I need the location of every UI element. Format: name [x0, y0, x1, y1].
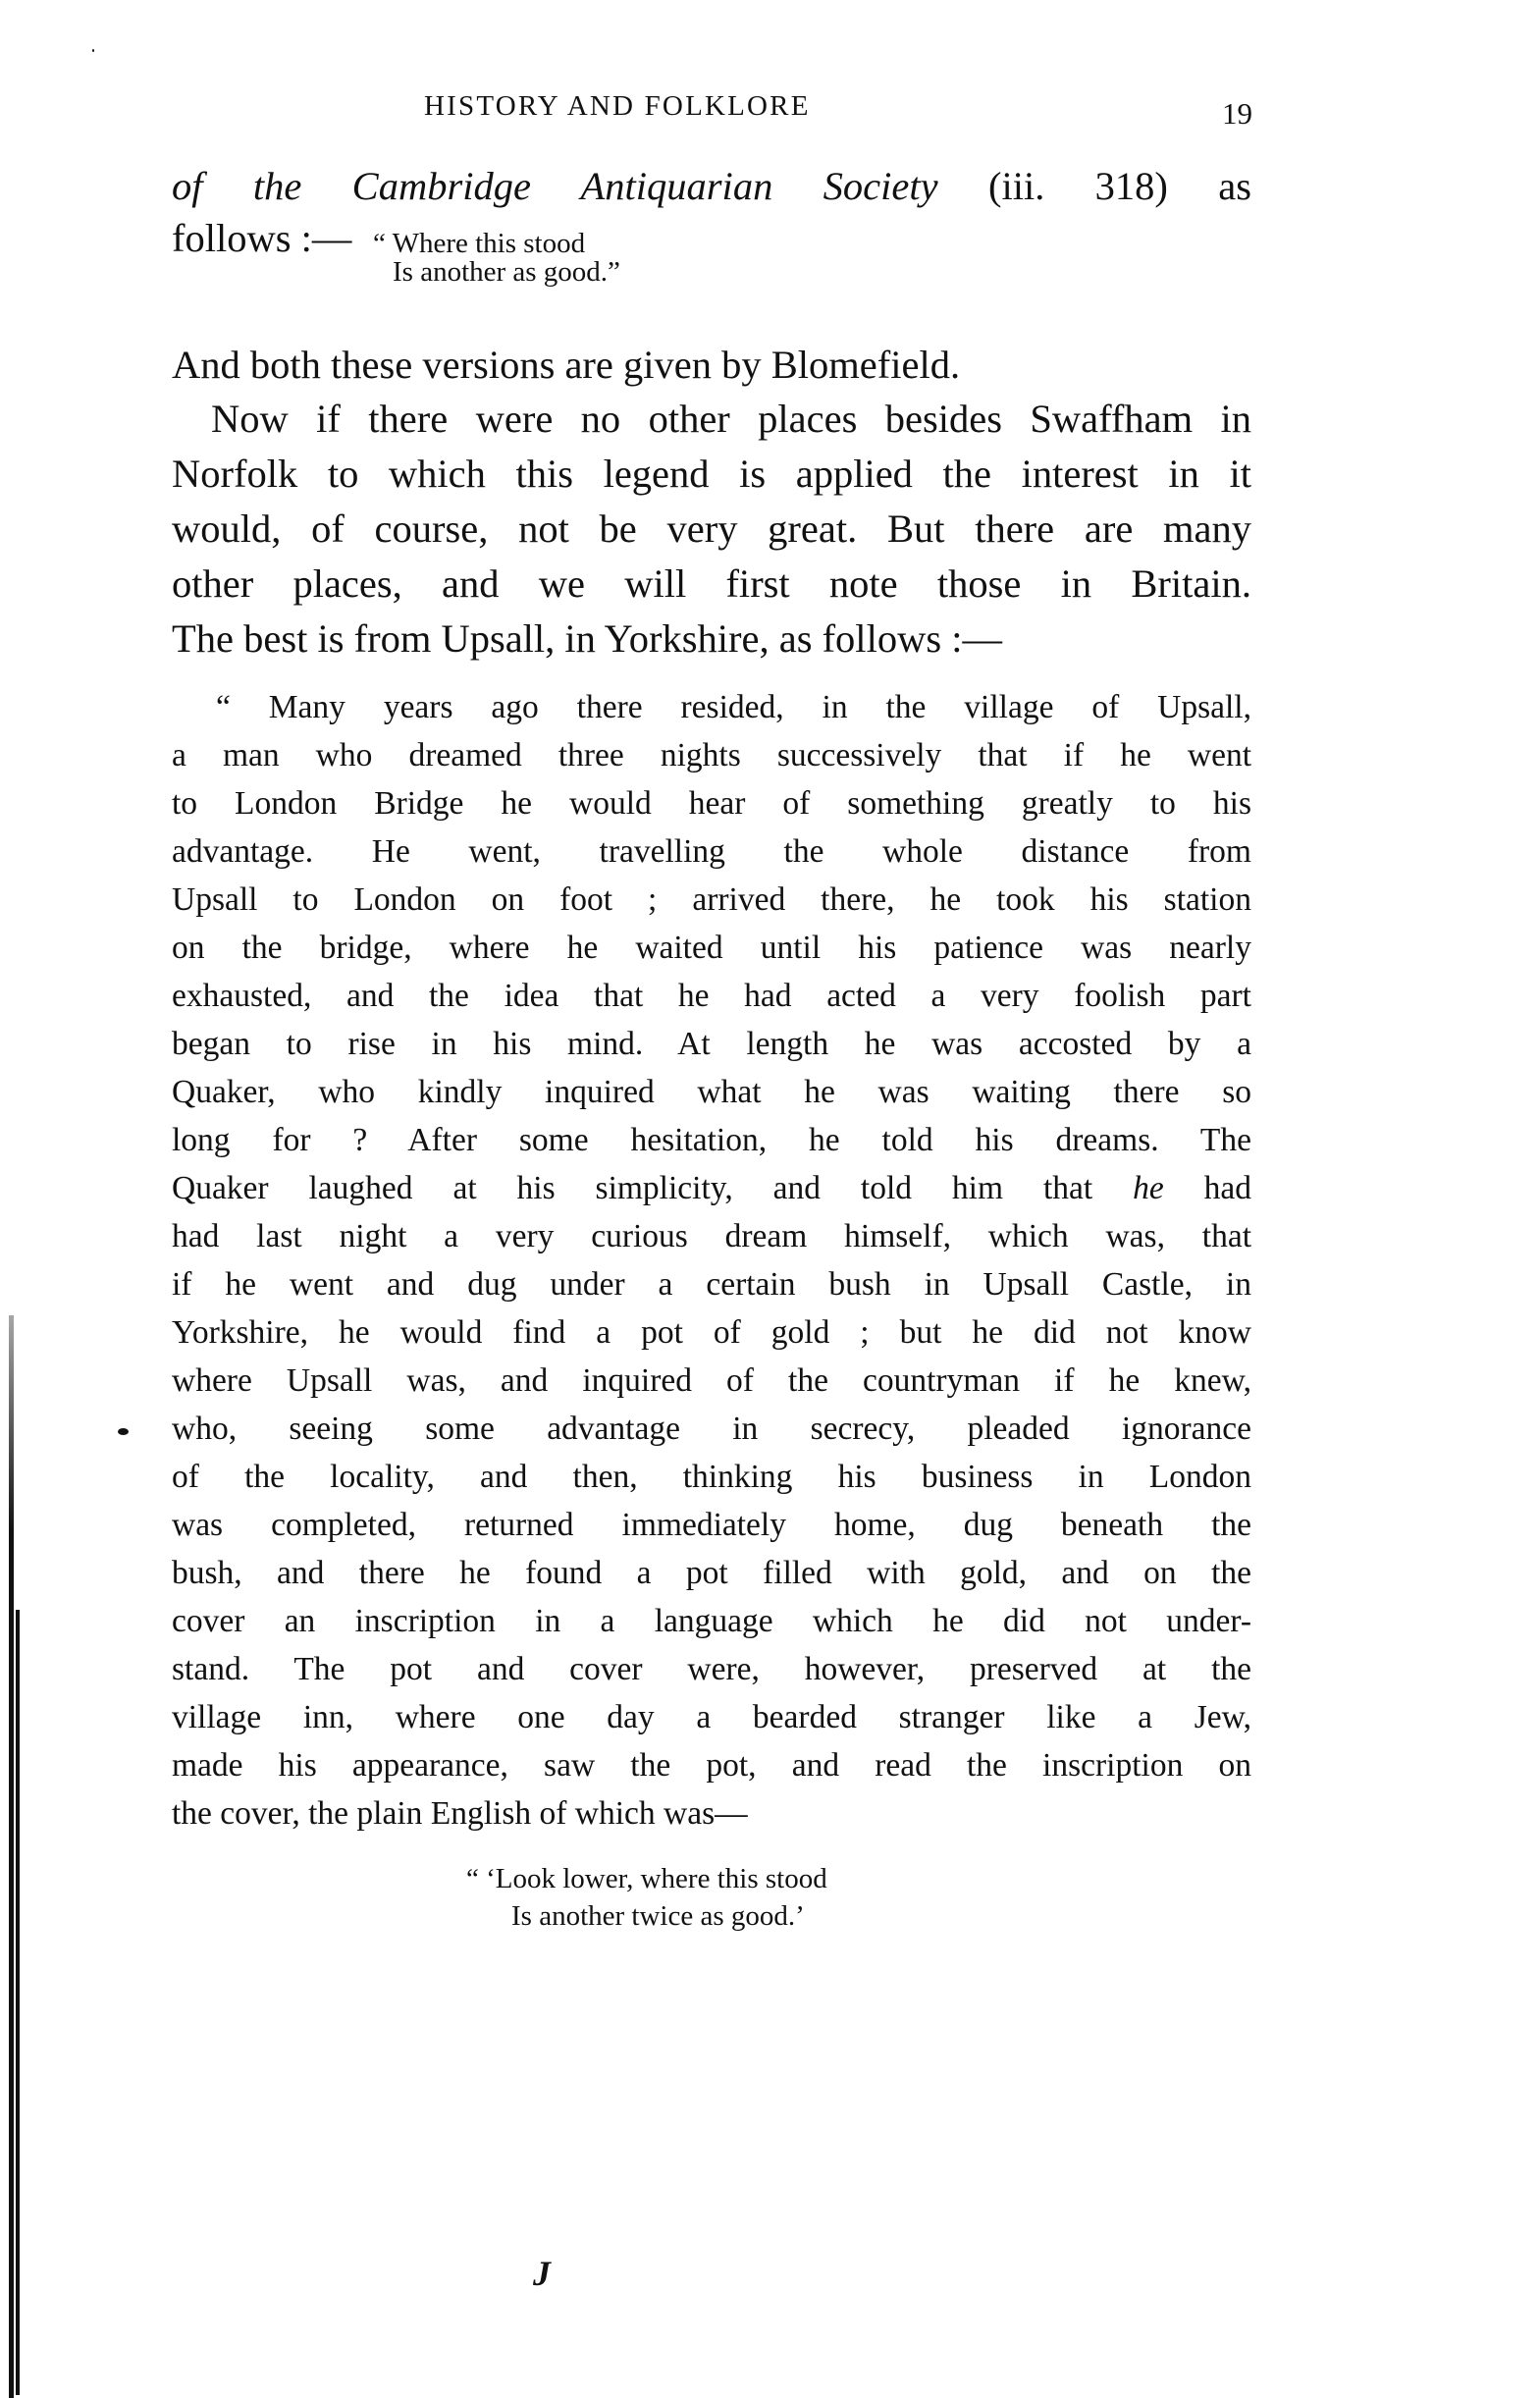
opening-line: of the Cambridge Antiquarian Society (ii…	[172, 167, 1251, 207]
quotation-line: on the bridge, where he waited until his…	[172, 932, 1251, 965]
ink-speck	[118, 1428, 129, 1435]
quotation-line: advantage. He went, travelling the whole…	[172, 835, 1251, 869]
paragraph-line: The best is from Upsall, in Yorkshire, a…	[172, 619, 1251, 660]
quotation-line-tail: had	[1164, 1170, 1251, 1206]
paragraph-line: other places, and we will first note tho…	[172, 564, 1251, 605]
emphasis-he: he	[1133, 1170, 1164, 1206]
quotation-line: who, seeing some advantage in secrecy, p…	[172, 1412, 1251, 1446]
paragraph-line: Now if there were no other places beside…	[211, 400, 1251, 440]
quotation-line: “ Many years ago there resided, in the v…	[216, 691, 1251, 724]
verse-line-1: “ Where this stood	[373, 230, 585, 258]
paragraph-line: would, of course, not be very great. But…	[172, 509, 1251, 550]
signature-mark: J	[533, 2256, 551, 2291]
quotation-line: Quaker laughed at his simplicity, and to…	[172, 1172, 1251, 1205]
running-title: HISTORY AND FOLKLORE	[424, 92, 811, 121]
quotation-line: cover an inscription in a language which…	[172, 1605, 1251, 1638]
scan-edge-shadow-inner	[16, 1610, 20, 2395]
inscription-line-1: “ ‘Look lower, where this stood	[466, 1865, 827, 1893]
quotation-line: began to rise in his mind. At length he …	[172, 1028, 1251, 1061]
book-page: HISTORY AND FOLKLORE 19 of the Cambridge…	[0, 0, 1540, 2398]
paragraph-blomefield: And both these versions are given by Blo…	[172, 346, 1251, 386]
quotation-line: Yorkshire, he would find a pot of gold ;…	[172, 1316, 1251, 1350]
quotation-line: to London Bridge he would hear of someth…	[172, 787, 1251, 821]
quotation-line: was completed, returned immediately home…	[172, 1509, 1251, 1542]
quotation-line: made his appearance, saw the pot, and re…	[172, 1749, 1251, 1783]
quotation-line: Upsall to London on foot ; arrived there…	[172, 883, 1251, 917]
paragraph-line: Norfolk to which this legend is applied …	[172, 454, 1251, 495]
quotation-line: of the locality, and then, thinking his …	[172, 1461, 1251, 1494]
quotation-line: stand. The pot and cover were, however, …	[172, 1653, 1251, 1686]
opening-line-rest: (iii. 318) as	[938, 164, 1251, 208]
inscription-line-2: Is another twice as good.’	[511, 1902, 805, 1931]
quotation-line: Quaker, who kindly inquired what he was …	[172, 1076, 1251, 1109]
quotation-line: village inn, where one day a bearded str…	[172, 1701, 1251, 1734]
quotation-line-text: Quaker laughed at his simplicity, and to…	[172, 1170, 1092, 1206]
quotation-line: a man who dreamed three nights successiv…	[172, 739, 1251, 773]
follows-label: follows :—	[172, 219, 351, 259]
page-number: 19	[1207, 98, 1252, 129]
verse-line-2: Is another as good.”	[393, 258, 620, 287]
quotation-line: exhausted, and the idea that he had acte…	[172, 980, 1251, 1013]
quotation-line: bush, and there he found a pot filled wi…	[172, 1557, 1251, 1590]
ink-speck	[92, 49, 94, 52]
quotation-line: long for ? After some hesitation, he tol…	[172, 1124, 1251, 1157]
quotation-line: the cover, the plain English of which wa…	[172, 1797, 1251, 1831]
journal-title: of the Cambridge Antiquarian Society	[172, 164, 938, 208]
scan-edge-shadow	[9, 1315, 14, 2398]
quotation-line: where Upsall was, and inquired of the co…	[172, 1364, 1251, 1398]
quotation-line: if he went and dug under a certain bush …	[172, 1268, 1251, 1302]
quotation-line: had last night a very curious dream hims…	[172, 1220, 1251, 1253]
